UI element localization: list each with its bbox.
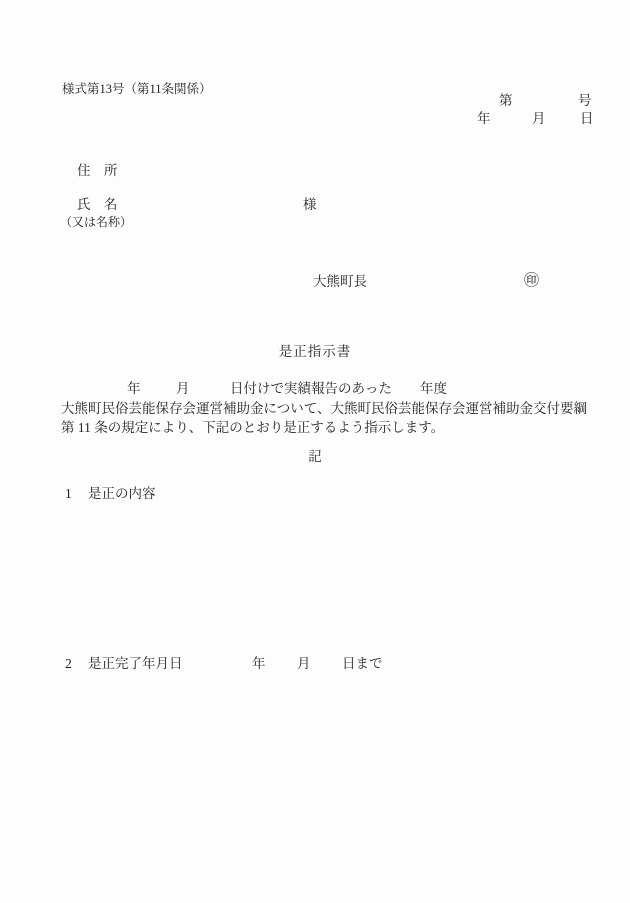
recipient-name-note: （又は名称） [60,215,132,231]
item-2-year-label: 年 [252,655,266,673]
item-2-month-label: 月 [297,655,311,673]
date-day-label: 日 [580,110,594,128]
recipient-honorific: 様 [303,196,317,214]
body-line-2: 大熊町民俗芸能保存会運営補助金について、大熊町民俗芸能保存会運営補助金交付要綱 [61,400,587,418]
form-number: 様式第13号（第11条関係） [62,81,212,97]
recipient-name-label: 氏 名 [77,196,118,214]
item-1-number: 1 [65,485,72,503]
doc-number-prefix: 第 [499,92,513,110]
body-day-phrase: 日付けで実績報告のあった [230,380,392,398]
item-1-label: 是正の内容 [88,485,156,503]
correction-instruction-form: 様式第13号（第11条関係） 第 号 年 月 日 住 所 氏 名 様 （又は名称… [0,0,630,903]
record-marker: 記 [0,448,630,466]
item-2-day-suffix: 日まで [342,655,383,673]
date-year-label: 年 [477,110,491,128]
date-month-label: 月 [532,110,546,128]
seal-mark-icon: ㊞ [524,272,539,292]
body-fiscal-year-label: 年度 [420,380,447,398]
doc-number-suffix: 号 [578,92,592,110]
body-line-3: 第 11 条の規定により、下記のとおり是正するよう指示します。 [61,419,444,437]
recipient-address-label: 住 所 [77,162,118,180]
sender-title: 大熊町長 [313,273,367,291]
document-title: 是正指示書 [0,343,630,361]
item-2-label: 是正完了年月日 [88,655,183,673]
body-year-label: 年 [127,380,141,398]
body-month-label: 月 [176,380,190,398]
item-2-number: 2 [65,655,72,673]
